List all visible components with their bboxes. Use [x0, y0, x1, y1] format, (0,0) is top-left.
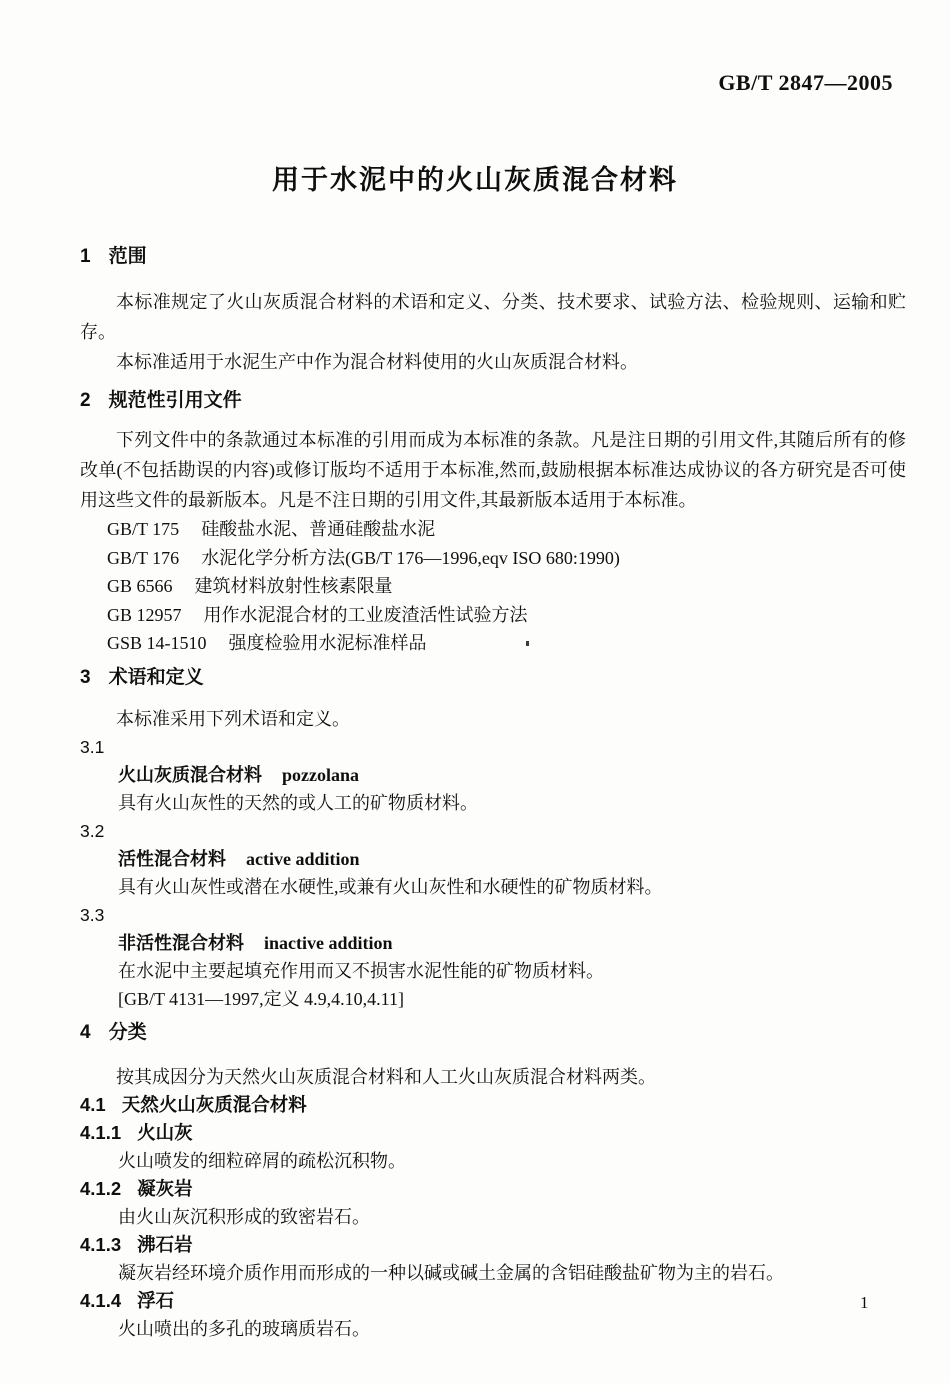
term-number: 3.1	[80, 733, 906, 761]
term-name-en: inactive addition	[264, 933, 393, 953]
subsection-number: 4.1	[80, 1094, 106, 1115]
scan-speck	[526, 641, 529, 646]
reference-name: 硅酸盐水泥、普通硅酸盐水泥	[201, 519, 435, 539]
term-entry: 3.3 非活性混合材料inactive addition 在水泥中主要起填充作用…	[80, 901, 906, 1013]
normative-references-list: GB/T 175硅酸盐水泥、普通硅酸盐水泥 GB/T 176水泥化学分析方法(G…	[80, 515, 906, 658]
section-title: 分类	[109, 1022, 147, 1043]
document-title: 用于水泥中的火山灰质混合材料	[0, 158, 950, 197]
document-body: 1范围 本标准规定了火山灰质混合材料的术语和定义、分类、技术要求、试验方法、检验…	[80, 244, 906, 1343]
term-name-zh: 火山灰质混合材料	[118, 765, 262, 785]
paragraph: 本标准规定了火山灰质混合材料的术语和定义、分类、技术要求、试验方法、检验规则、运…	[80, 287, 906, 347]
section-number: 2	[80, 390, 91, 411]
term-name-zh: 活性混合材料	[118, 849, 226, 869]
term-name: 活性混合材料active addition	[80, 845, 906, 873]
paragraph: 按其成因分为天然火山灰质混合材料和人工火山灰质混合材料两类。	[80, 1063, 906, 1091]
section-title: 规范性引用文件	[109, 390, 242, 411]
term-name-en: active addition	[246, 849, 360, 869]
classification-entry: 4.1.1火山灰 火山喷发的细粒碎屑的疏松沉积物。	[80, 1119, 906, 1175]
term-name: 火山灰质混合材料pozzolana	[80, 761, 906, 789]
term-name-zh: 非活性混合材料	[118, 933, 244, 953]
reference-name: 水泥化学分析方法(GB/T 176—1996,eqv ISO 680:1990)	[201, 548, 620, 568]
item-number: 4.1.3	[80, 1234, 121, 1255]
section-number: 1	[80, 246, 91, 267]
item-definition: 凝灰岩经环境介质作用而形成的一种以碱或碱土金属的含铝硅酸盐矿物为主的岩石。	[80, 1259, 906, 1287]
reference-code: GB/T 175	[107, 519, 179, 539]
section-title: 范围	[109, 246, 147, 267]
item-title: 沸石岩	[137, 1234, 193, 1255]
item-number: 4.1.1	[80, 1122, 121, 1143]
section-number: 4	[80, 1022, 91, 1043]
reference-item: GB/T 176水泥化学分析方法(GB/T 176—1996,eqv ISO 6…	[107, 544, 906, 573]
section-1-heading: 1范围	[80, 244, 906, 270]
paragraph: 本标准采用下列术语和定义。	[80, 705, 906, 733]
term-name: 非活性混合材料inactive addition	[80, 929, 906, 957]
subsection-4-1-heading: 4.1天然火山灰质混合材料	[80, 1091, 906, 1119]
section-title: 术语和定义	[109, 667, 204, 688]
term-source-citation: [GB/T 4131—1997,定义 4.9,4.10,4.11]	[80, 985, 906, 1013]
reference-code: GB/T 176	[107, 548, 179, 568]
classification-entry: 4.1.3沸石岩 凝灰岩经环境介质作用而形成的一种以碱或碱土金属的含铝硅酸盐矿物…	[80, 1231, 906, 1287]
term-entry: 3.1 火山灰质混合材料pozzolana 具有火山灰性的天然的或人工的矿物质材…	[80, 733, 906, 817]
standard-number: GB/T 2847—2005	[718, 70, 893, 96]
reference-name: 用作水泥混合材的工业废渣活性试验方法	[204, 605, 528, 625]
section-number: 3	[80, 667, 91, 688]
terms-and-definitions: 3.1 火山灰质混合材料pozzolana 具有火山灰性的天然的或人工的矿物质材…	[80, 733, 906, 1013]
section-3-heading: 3术语和定义	[80, 665, 906, 691]
item-title: 浮石	[137, 1290, 174, 1311]
subsection-title: 天然火山灰质混合材料	[122, 1094, 307, 1115]
term-definition: 具有火山灰性或潜在水硬性,或兼有火山灰性和水硬性的矿物质材料。	[80, 873, 906, 901]
paragraph: 下列文件中的条款通过本标准的引用而成为本标准的条款。凡是注日期的引用文件,其随后…	[80, 425, 906, 515]
classification-items: 4.1.1火山灰 火山喷发的细粒碎屑的疏松沉积物。 4.1.2凝灰岩 由火山灰沉…	[80, 1119, 906, 1343]
reference-code: GB 6566	[107, 576, 173, 596]
term-name-en: pozzolana	[282, 765, 359, 785]
term-definition: 在水泥中主要起填充作用而又不损害水泥性能的矿物质材料。	[80, 957, 906, 985]
item-heading: 4.1.3沸石岩	[80, 1231, 906, 1259]
term-definition: 具有火山灰性的天然的或人工的矿物质材料。	[80, 789, 906, 817]
reference-item: GB 12957用作水泥混合材的工业废渣活性试验方法	[107, 601, 906, 630]
section-2-heading: 2规范性引用文件	[80, 388, 906, 414]
term-entry: 3.2 活性混合材料active addition 具有火山灰性或潜在水硬性,或…	[80, 817, 906, 901]
item-heading: 4.1.2凝灰岩	[80, 1175, 906, 1203]
item-definition: 火山喷出的多孔的玻璃质岩石。	[80, 1315, 906, 1343]
reference-item: GSB 14-1510强度检验用水泥标准样品	[107, 629, 906, 658]
item-heading: 4.1.1火山灰	[80, 1119, 906, 1147]
paragraph: 本标准适用于水泥生产中作为混合材料使用的火山灰质混合材料。	[80, 347, 906, 377]
item-definition: 火山喷发的细粒碎屑的疏松沉积物。	[80, 1147, 906, 1175]
classification-entry: 4.1.4浮石 火山喷出的多孔的玻璃质岩石。	[80, 1287, 906, 1343]
reference-name: 强度检验用水泥标准样品	[229, 633, 427, 653]
reference-code: GB 12957	[107, 605, 182, 625]
item-number: 4.1.2	[80, 1178, 121, 1199]
reference-item: GB/T 175硅酸盐水泥、普通硅酸盐水泥	[107, 515, 906, 544]
reference-name: 建筑材料放射性核素限量	[195, 576, 393, 596]
item-title: 凝灰岩	[137, 1178, 193, 1199]
section-4-heading: 4分类	[80, 1020, 906, 1046]
item-definition: 由火山灰沉积形成的致密岩石。	[80, 1203, 906, 1231]
term-number: 3.2	[80, 817, 906, 845]
term-number: 3.3	[80, 901, 906, 929]
classification-entry: 4.1.2凝灰岩 由火山灰沉积形成的致密岩石。	[80, 1175, 906, 1231]
document-page: GB/T 2847—2005 用于水泥中的火山灰质混合材料 1范围 本标准规定了…	[0, 0, 950, 1383]
item-title: 火山灰	[137, 1122, 193, 1143]
item-heading: 4.1.4浮石	[80, 1287, 906, 1315]
item-number: 4.1.4	[80, 1290, 121, 1311]
reference-item: GB 6566建筑材料放射性核素限量	[107, 572, 906, 601]
page-number: 1	[860, 1293, 869, 1313]
reference-code: GSB 14-1510	[107, 633, 207, 653]
